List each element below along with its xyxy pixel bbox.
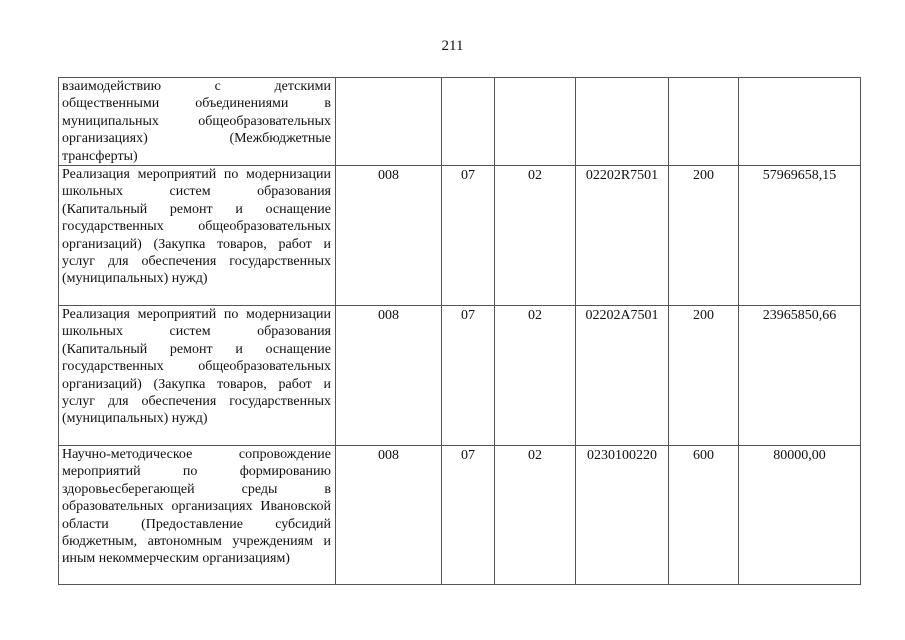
expense-type-code: 200 [669, 306, 739, 446]
row-description: Реализация мероприятий по модернизации ш… [59, 306, 336, 446]
table-row: Реализация мероприятий по модернизации ш… [59, 166, 861, 306]
expense-type-code: 200 [669, 166, 739, 306]
amount: 80000,00 [739, 446, 861, 585]
ministry-code: 008 [336, 446, 442, 585]
target-article-code: 0230100220 [576, 446, 669, 585]
ministry-code: 008 [336, 306, 442, 446]
subsection-code: 02 [495, 306, 576, 446]
amount: 57969658,15 [739, 166, 861, 306]
row-description: Реализация мероприятий по модернизации ш… [59, 166, 336, 306]
section-code: 07 [442, 446, 495, 585]
expense-type-code: 600 [669, 446, 739, 585]
section-code: 07 [442, 166, 495, 306]
subsection-code: 02 [495, 446, 576, 585]
ministry-code [336, 78, 442, 166]
row-description: взаимодействию с детскими общественными … [59, 78, 336, 166]
expense-type-code [669, 78, 739, 166]
amount: 23965850,66 [739, 306, 861, 446]
subsection-code: 02 [495, 166, 576, 306]
target-article-code: 02202R7501 [576, 166, 669, 306]
amount [739, 78, 861, 166]
table-row: Научно-методическое сопровождение меропр… [59, 446, 861, 585]
page-number: 211 [0, 38, 905, 55]
section-code: 07 [442, 306, 495, 446]
subsection-code [495, 78, 576, 166]
target-article-code [576, 78, 669, 166]
table-row: Реализация мероприятий по модернизации ш… [59, 306, 861, 446]
target-article-code: 02202A7501 [576, 306, 669, 446]
ministry-code: 008 [336, 166, 442, 306]
row-description: Научно-методическое сопровождение меропр… [59, 446, 336, 585]
budget-table: взаимодействию с детскими общественными … [58, 77, 861, 585]
section-code [442, 78, 495, 166]
table-row: взаимодействию с детскими общественными … [59, 78, 861, 166]
